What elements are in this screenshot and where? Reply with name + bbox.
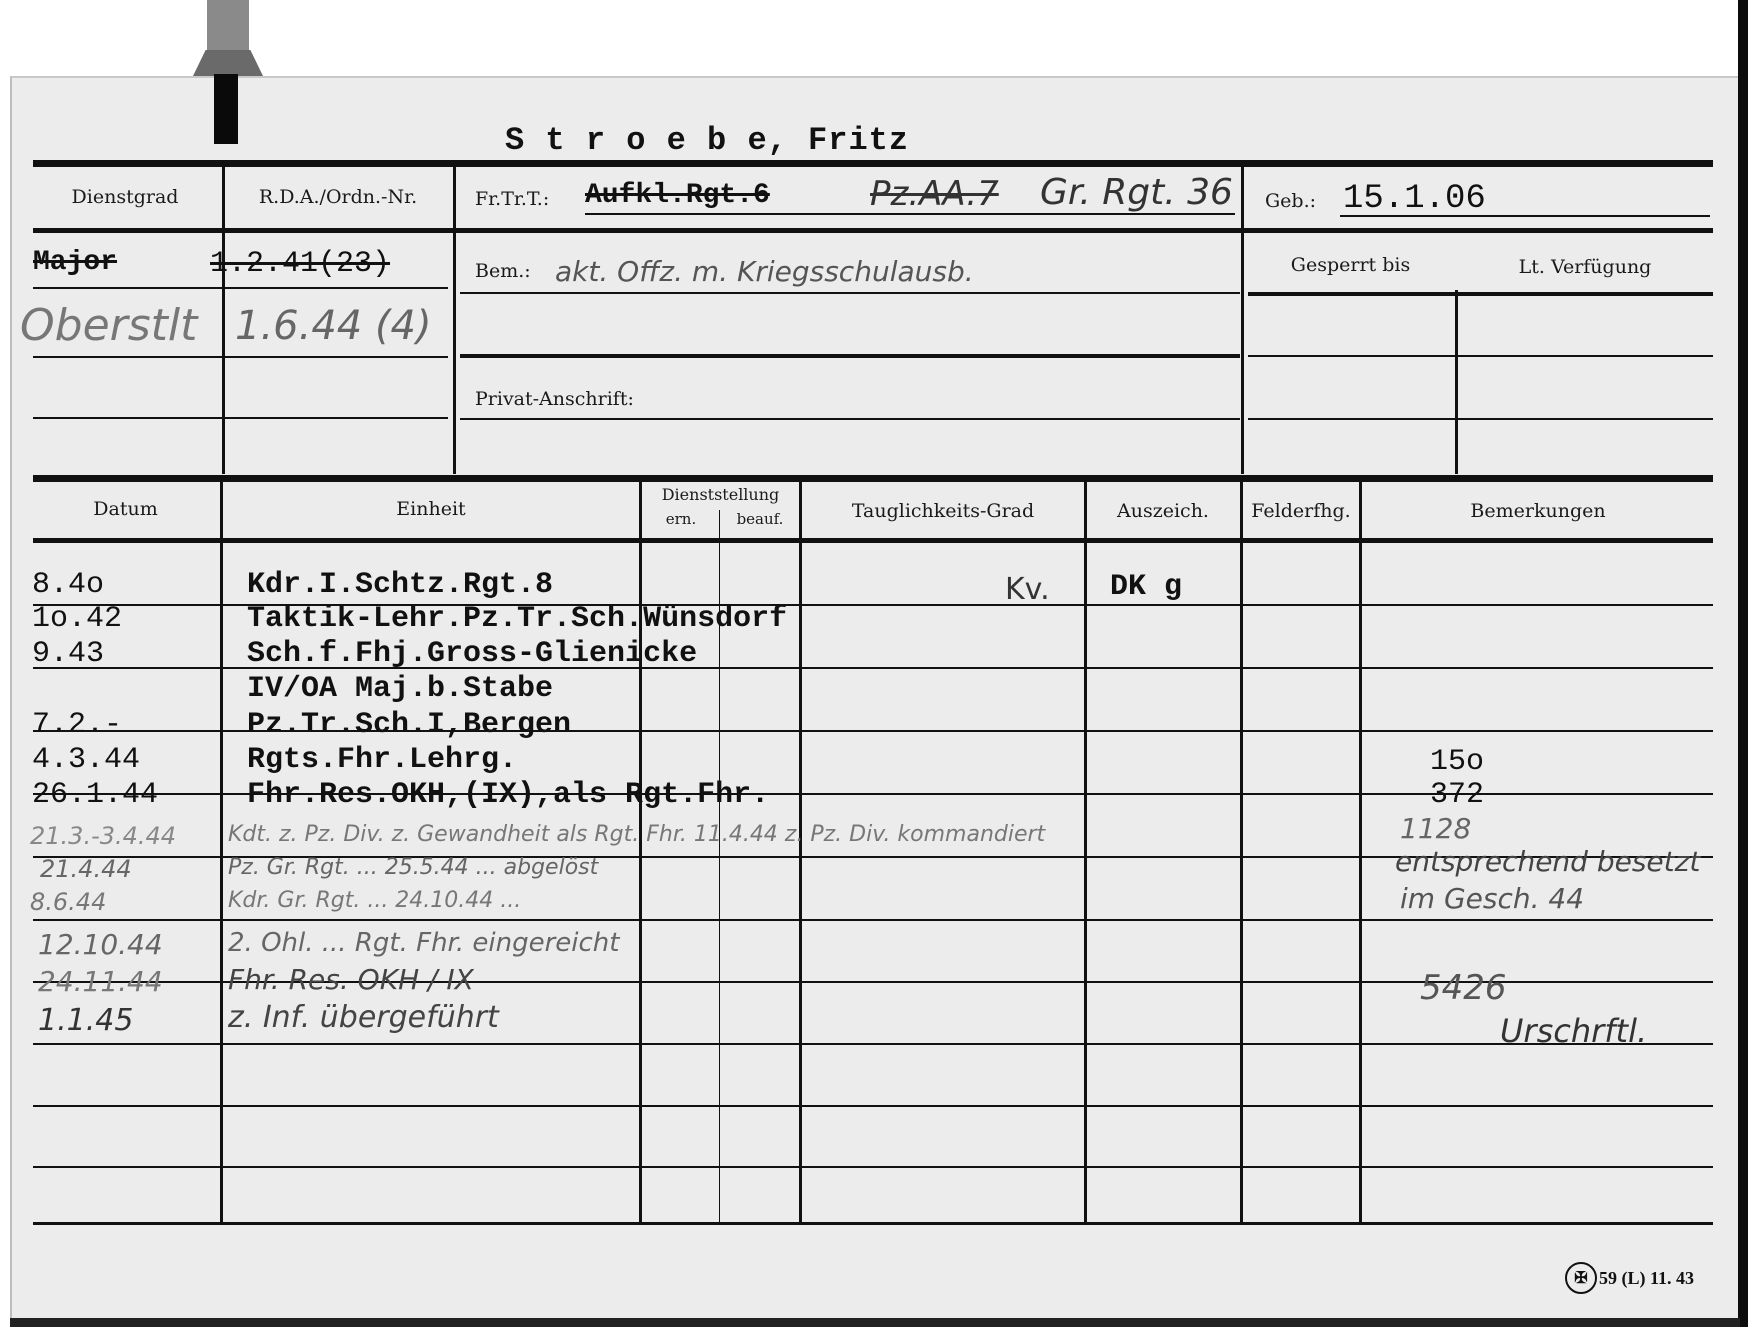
row-einheit: IV/OA Maj.b.Stabe (247, 672, 553, 706)
rda-label: R.D.A./Ordn.-Nr. (228, 186, 448, 208)
row-entry: Pz. Gr. Rgt. ... 25.5.44 ... abgelöst (228, 855, 598, 880)
row-entry: Kdt. z. Pz. Div. z. Gewandheit als Rgt. … (228, 822, 1045, 847)
rule (220, 480, 223, 1222)
row-bemerkungen: 372 (1430, 778, 1484, 812)
bem-value: akt. Offz. m. Kriegsschulausb. (555, 255, 974, 288)
rule (1241, 164, 1244, 474)
col-datum: Datum (33, 498, 218, 520)
card-edge-shadow (1738, 0, 1748, 1327)
geb-label: Geb.: (1265, 190, 1316, 212)
row-einheit: Taktik-Lehr.Pz.Tr.Sch.Wünsdorf (247, 602, 787, 636)
frtrt-value-2: Pz.AA.7 (870, 174, 999, 214)
col-bemerkungen: Bemerkungen (1363, 500, 1713, 522)
row-entry: z. Inf. übergeführt (228, 1000, 499, 1035)
rule (453, 164, 456, 474)
rule (33, 475, 1713, 482)
row-datum: 24.11.44 (38, 965, 163, 998)
col-beauf: beauf. (721, 510, 799, 528)
frtrt-underline (585, 213, 1235, 215)
bem-label: Bem.: (475, 260, 531, 282)
rule (33, 1105, 1713, 1107)
rule (222, 164, 225, 474)
rule (33, 356, 448, 358)
row-entry: Kdr. Gr. Rgt. ... 24.10.44 ... (228, 888, 521, 913)
row-bemerkungen: Urschrftl. (1500, 1012, 1647, 1050)
row-bemerkungen: 15o (1430, 745, 1484, 779)
card-bottom-shadow (10, 1318, 1740, 1327)
rule (1248, 292, 1713, 296)
frtrt-value-1: Aufkl.Rgt.6 (585, 180, 770, 211)
rule (33, 417, 448, 419)
rule (1240, 480, 1243, 1222)
rank-2: Oberstlt (20, 300, 197, 351)
rule (460, 354, 1240, 358)
rule (1455, 290, 1458, 474)
rule (33, 919, 1713, 921)
card-holder-clip-icon (193, 0, 263, 145)
frtrt-value-3: Gr. Rgt. 36 (1040, 172, 1233, 213)
rule (33, 538, 1713, 543)
row-datum: 8.6.44 (30, 888, 106, 916)
form-code: ✠ 59 (L) 11. 43 (1565, 1262, 1694, 1294)
frtrt-label: Fr.Tr.T.: (475, 188, 549, 210)
col-ern: ern. (643, 510, 719, 528)
row-einheit: Sch.f.Fhj.Gross-Glienicke (247, 637, 697, 671)
rule (1084, 480, 1087, 1222)
rule (33, 1043, 1713, 1045)
rank-1: Major (33, 247, 117, 278)
row-datum: 1.1.45 (38, 1003, 133, 1038)
col-felderfhg: Felderfhg. (1244, 500, 1358, 522)
rda-2: 1.6.44 (4) (235, 303, 432, 349)
row-datum: 26.1.44 (32, 778, 158, 812)
row-auszeich: DK g (1110, 570, 1182, 604)
privat-label: Privat-Anschrift: (475, 388, 634, 410)
col-dienststellung: Dienststellung (643, 485, 798, 504)
rule (1248, 355, 1713, 357)
row-datum: 1o.42 (32, 602, 122, 636)
row-datum: 12.10.44 (38, 928, 163, 961)
col-tauglichkeit: Tauglichkeits-Grad (803, 500, 1083, 522)
geb-underline (1340, 215, 1710, 217)
rule (799, 480, 802, 1222)
row-datum: 7.2.- (32, 708, 122, 742)
row-entry: 2. Ohl. ... Rgt. Fhr. eingereicht (228, 928, 619, 958)
row-einheit: Rgts.Fhr.Lehrg. (247, 743, 517, 777)
rule (1359, 480, 1362, 1222)
rule (33, 287, 448, 289)
dienstgrad-label: Dienstgrad (40, 186, 210, 208)
row-bemerkungen: 1128 (1400, 812, 1471, 845)
row-datum: 8.4o (32, 568, 104, 602)
row-datum: 21.3.-3.4.44 (30, 822, 176, 850)
rule (33, 160, 1713, 167)
person-name: S t r o e b e, Fritz (505, 122, 909, 159)
row-einheit: Pz.Tr.Sch.I,Bergen (247, 708, 571, 742)
row-einheit: Fhr.Res.OKH,(IX),als Rgt.Fhr. (247, 778, 769, 812)
rule (460, 418, 1240, 420)
rule (460, 292, 1240, 294)
geb-value: 15.1.06 (1343, 180, 1486, 218)
row-einheit: Kdr.I.Schtz.Rgt.8 (247, 568, 553, 602)
row-datum: 21.4.44 (40, 855, 132, 883)
row-tauglichkeit: Kv. (1005, 572, 1050, 607)
rule (33, 228, 1713, 233)
rule (33, 1166, 1713, 1168)
rda-1: 1.2.41(23) (210, 247, 390, 281)
rule (1248, 418, 1713, 420)
verfuegung-label: Lt. Verfügung (1460, 256, 1710, 278)
rule (639, 480, 642, 1222)
col-einheit: Einheit (225, 498, 637, 520)
row-bemerkungen: 5426 (1420, 968, 1507, 1008)
form-code-text: 59 (L) 11. 43 (1599, 1268, 1694, 1289)
eagle-emblem-icon: ✠ (1565, 1262, 1597, 1294)
row-datum: 9.43 (32, 637, 104, 671)
row-entry: Fhr. Res. OKH / IX (228, 963, 474, 996)
row-datum: 4.3.44 (32, 743, 140, 777)
rule (33, 1222, 1713, 1225)
row-bemerkungen: entsprechend besetzt (1395, 845, 1700, 878)
gesperrt-label: Gesperrt bis (1248, 254, 1453, 276)
row-bemerkungen: im Gesch. 44 (1400, 882, 1584, 915)
col-auszeich: Auszeich. (1088, 500, 1238, 522)
